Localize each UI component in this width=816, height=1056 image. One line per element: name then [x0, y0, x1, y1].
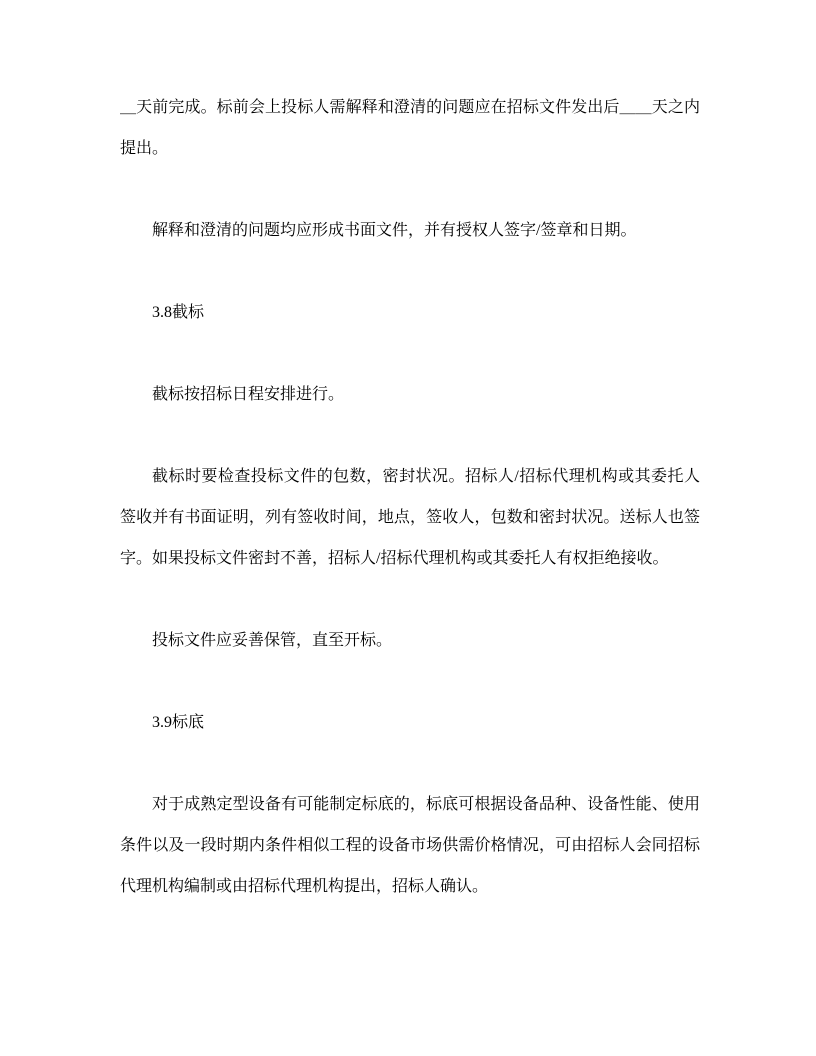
paragraph-bid-document-safekeeping: 投标文件应妥善保管，直至开标。 [120, 620, 700, 661]
paragraph-clarification: 解释和澄清的问题均应形成书面文件，并有授权人签字/签章和日期。 [120, 210, 700, 251]
document-page: ＿天前完成。标前会上投标人需解释和澄清的问题应在招标文件发出后＿＿天之内提出。 … [0, 0, 816, 1056]
paragraph-continuation: ＿天前完成。标前会上投标人需解释和澄清的问题应在招标文件发出后＿＿天之内提出。 [120, 87, 700, 169]
paragraph-bid-closing-check: 截标时要检查投标文件的包数，密封状况。招标人/招标代理机构或其委托人签收并有书面… [120, 456, 700, 579]
section-heading-3-8: 3.8截标 [120, 292, 700, 333]
paragraph-base-price: 对于成熟定型设备有可能制定标底的，标底可根据设备品种、设备性能、使用条件以及一段… [120, 784, 700, 907]
section-heading-3-9: 3.9标底 [120, 702, 700, 743]
paragraph-bid-closing-schedule: 截标按招标日程安排进行。 [120, 374, 700, 415]
